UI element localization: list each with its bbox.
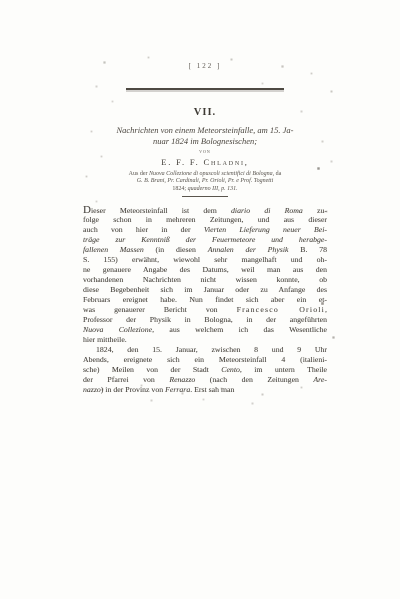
text-line: Dieser Meteorsteinfall ist dem diario di…: [83, 205, 327, 215]
text-line: träge zur Kenntniß der Feuermeteore und …: [83, 235, 327, 245]
text-line: diese Begebenheit sich im Januar oder zu…: [83, 285, 327, 295]
header-rule: [126, 88, 284, 90]
page-number: [ 122 ]: [83, 62, 327, 70]
text-line: 1824, den 15. Januar, zwischen 8 und 9 U…: [83, 345, 327, 355]
byline-prefix: von: [83, 149, 327, 155]
text-line: Februars ereignet habe. Nun findet sich …: [83, 295, 327, 305]
text-line: Nachrichten von einem Meteorsteinfalle, …: [83, 125, 327, 136]
text-line: hier mittheile.: [83, 335, 327, 345]
scanned-journal-page: [ 122 ] VII. Nachrichten von einem Meteo…: [0, 0, 400, 599]
text-column: [ 122 ] VII. Nachrichten von einem Meteo…: [83, 0, 327, 395]
text-line: S. 155) erwähnt, wiewohl sehr mangelhaft…: [83, 255, 327, 265]
divider-rule: [182, 196, 228, 197]
text-line: ne genauere Angabe des Datums, weil man …: [83, 265, 327, 275]
text-line: fallenen Massen (in diesen Annalen der P…: [83, 245, 327, 255]
source-citation: Aus der Nuova Collezione di opuscoli sci…: [83, 171, 327, 194]
author-name: E. F. F. Chladni,: [83, 157, 327, 167]
text-line: nuar 1824 im Bolognesischen;: [83, 136, 327, 147]
text-line: folge schon in mehreren Zeitungen, und a…: [83, 215, 327, 225]
text-line: nazzo) in der Provinz von Ferrara. Erst …: [83, 385, 327, 395]
text-line: Aus der Nuova Collezione di opuscoli sci…: [83, 171, 327, 179]
text-line: Professor der Physik in Bologna, in der …: [83, 315, 327, 325]
text-line: auch von hier in der Vierten Lieferung n…: [83, 225, 327, 235]
text-line: der Pfarrei von Renazzo (nach den Zeitun…: [83, 375, 327, 385]
text-line: 1824; quaderno III, p. 131.: [83, 186, 327, 194]
body-paragraph-2: 1824, den 15. Januar, zwischen 8 und 9 U…: [83, 345, 327, 395]
text-line: vorhandenen Nachrichten nicht wissen kon…: [83, 275, 327, 285]
scan-noise-speckles: [0, 0, 1, 1]
text-line: was genauerer Bericht von Francesco Orio…: [83, 305, 327, 315]
article-number: VII.: [83, 107, 327, 118]
text-line: G. B. Brani, Pr. Cardinali, Pr. Orioli, …: [83, 178, 327, 186]
article-title: Nachrichten von einem Meteorsteinfalle, …: [83, 125, 327, 147]
text-line: sche) Meilen von der Stadt Cento, im unt…: [83, 365, 327, 375]
text-line: Nuova Collezione, aus welchem ich das We…: [83, 325, 327, 335]
body-paragraph-1: Dieser Meteorsteinfall ist dem diario di…: [83, 205, 327, 345]
text-line: Abends, ereignete sich ein Meteorsteinfa…: [83, 355, 327, 365]
